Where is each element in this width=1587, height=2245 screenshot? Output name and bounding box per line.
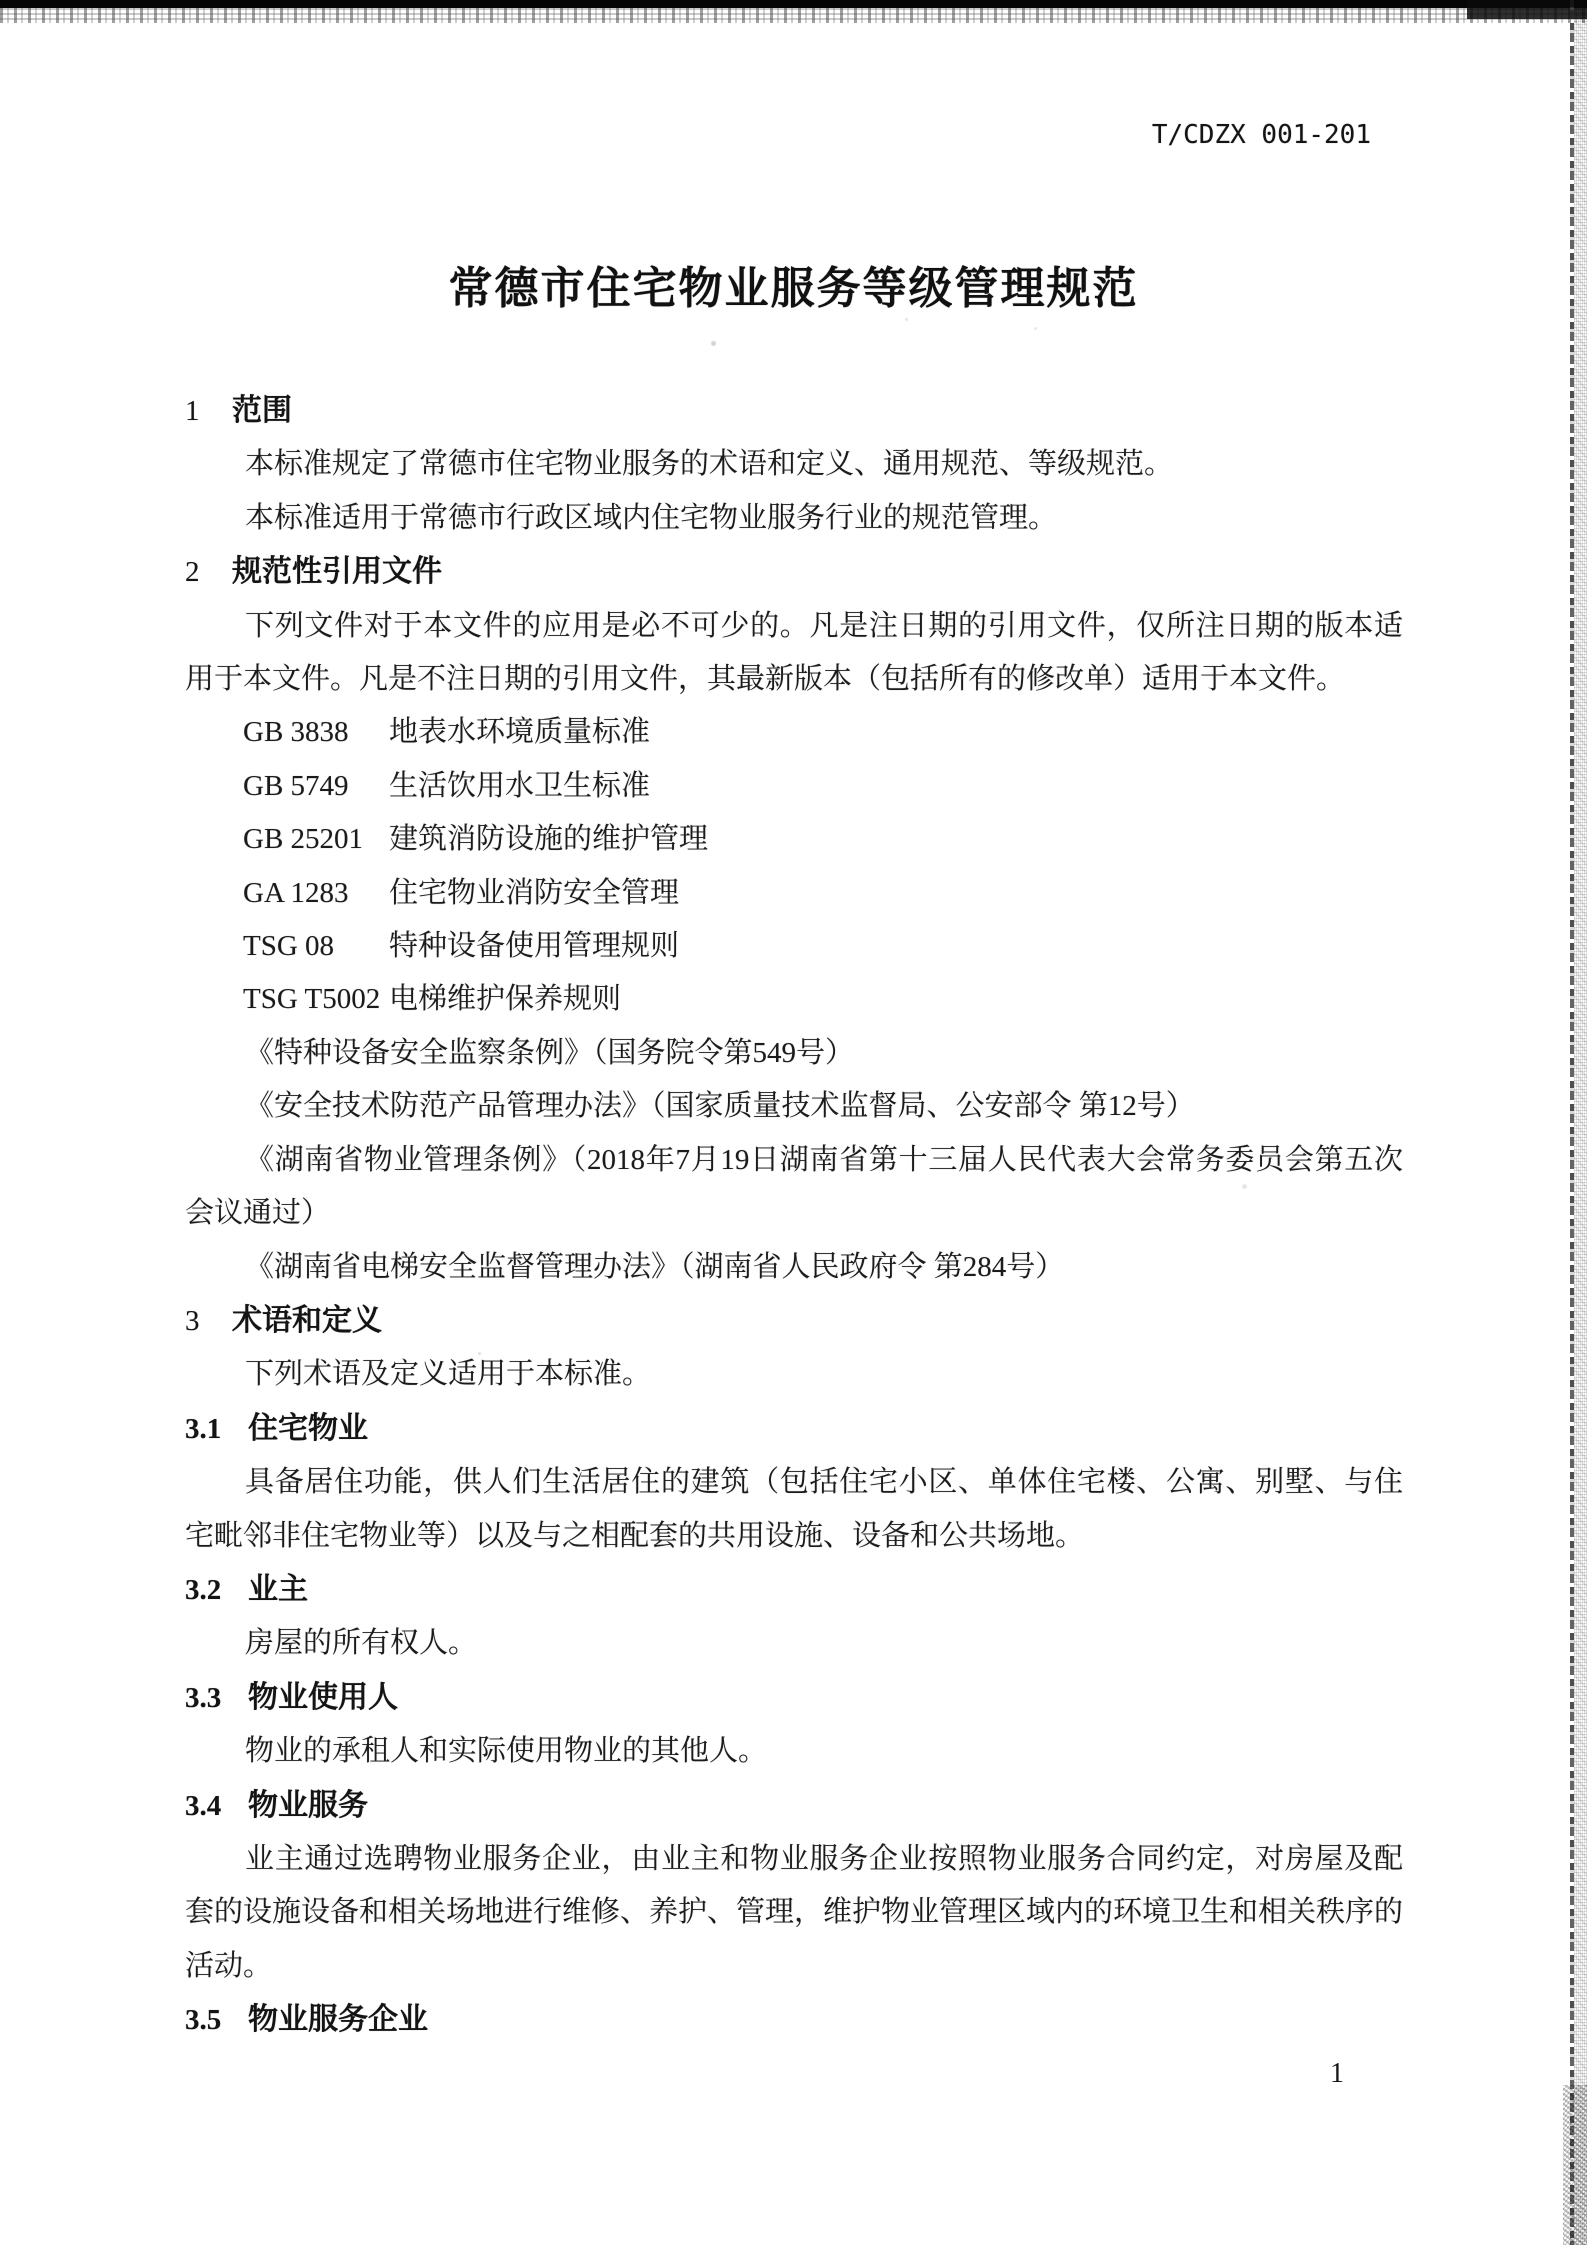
section-number: 2 [185,546,232,599]
section-title: 规范性引用文件 [232,555,442,588]
reference-title: 特种设备使用管理规则 [389,930,679,962]
subsection-heading: 3.2业主 [185,1563,1403,1617]
paragraph: 业主通过选聘物业服务企业，由业主和物业服务企业按照物业服务合同约定，对房屋及配套… [185,1833,1403,1993]
section-number: 3.4 [185,1780,248,1833]
scan-artifact-top-bar [0,0,1587,8]
reference-title: 地表水环境质量标准 [389,716,650,748]
paragraph: 下列术语及定义适用于本标准。 [185,1348,1403,1401]
paragraph: 下列文件对于本文件的应用是必不可少的。凡是注日期的引用文件，仅所注日期的版本适用… [185,600,1403,707]
section-number: 3.3 [185,1672,248,1725]
scan-artifact-top-noise [0,8,1587,23]
reference-code: GB 3838 [243,706,389,759]
page-title: 常德市住宅物业服务等级管理规范 [0,252,1587,316]
reference-code: TSG T5002 [243,973,389,1026]
section-title: 业主 [248,1573,308,1606]
scan-artifact-right-noise [1574,0,1587,2245]
reference-title: 住宅物业消防安全管理 [389,877,679,909]
reference-item: TSG T5002电梯维护保养规则 [185,973,1403,1026]
section-number: 3.1 [185,1403,248,1456]
section-title: 物业使用人 [248,1681,398,1714]
section-title: 住宅物业 [248,1412,368,1445]
section-heading: 3术语和定义 [185,1294,1403,1348]
cited-document: 《安全技术防范产品管理办法》（国家质量技术监督局、公安部令 第12号） [185,1080,1403,1133]
cited-document: 《湖南省物业管理条例》（2018年7月19日湖南省第十三届人民代表大会常务委员会… [185,1134,1403,1241]
subsection-heading: 3.4物业服务 [185,1779,1403,1833]
scan-artifact-top-right [1467,0,1587,19]
section-number: 3 [185,1295,232,1348]
reference-title: 电梯维护保养规则 [389,983,621,1015]
subsection-heading: 3.1住宅物业 [185,1402,1403,1456]
reference-code: GB 5749 [243,760,389,813]
section-title: 物业服务 [248,1789,368,1822]
section-title: 范围 [232,394,292,427]
reference-code: GA 1283 [243,867,389,920]
paragraph: 具备居住功能，供人们生活居住的建筑（包括住宅小区、单体住宅楼、公寓、别墅、与住宅… [185,1456,1403,1563]
reference-code: GB 25201 [243,813,389,866]
subsection-heading: 3.5物业服务企业 [185,1993,1403,2047]
document-body: 1范围本标准规定了常德市住宅物业服务的术语和定义、通用规范、等级规范。本标准适用… [185,384,1403,2048]
reference-item: GA 1283住宅物业消防安全管理 [185,867,1403,920]
reference-item: GB 25201建筑消防设施的维护管理 [185,813,1403,866]
section-title: 物业服务企业 [248,2003,428,2036]
section-title: 术语和定义 [232,1304,382,1337]
reference-title: 生活饮用水卫生标准 [389,770,650,802]
reference-item: GB 3838地表水环境质量标准 [185,706,1403,759]
section-number: 3.5 [185,1994,248,2047]
scan-artifact-bottom-right-noise [1563,2085,1587,2245]
subsection-heading: 3.3物业使用人 [185,1671,1403,1725]
section-heading: 2规范性引用文件 [185,545,1403,599]
paragraph: 本标准规定了常德市住宅物业服务的术语和定义、通用规范、等级规范。 [185,438,1403,491]
cited-document: 《特种设备安全监察条例》（国务院令第549号） [185,1027,1403,1080]
paragraph: 房屋的所有权人。 [185,1617,1403,1670]
cited-document: 《湖南省电梯安全监督管理办法》（湖南省人民政府令 第284号） [185,1241,1403,1294]
reference-item: TSG 08特种设备使用管理规则 [185,920,1403,973]
page-number: 1 [1330,2058,1344,2090]
section-number: 1 [185,385,232,438]
reference-code: TSG 08 [243,920,389,973]
paragraph: 物业的承租人和实际使用物业的其他人。 [185,1725,1403,1778]
paragraph: 本标准适用于常德市行政区域内住宅物业服务行业的规范管理。 [185,492,1403,545]
scan-speck-dots [0,0,3,3]
reference-title: 建筑消防设施的维护管理 [389,823,708,855]
scanned-document-page: { "colors": { "text": "#1b1b1b", "backgr… [0,0,1587,2245]
section-heading: 1范围 [185,384,1403,438]
reference-item: GB 5749生活饮用水卫生标准 [185,760,1403,813]
document-number: T/CDZX 001-201 [1152,120,1371,150]
section-number: 3.2 [185,1564,248,1617]
